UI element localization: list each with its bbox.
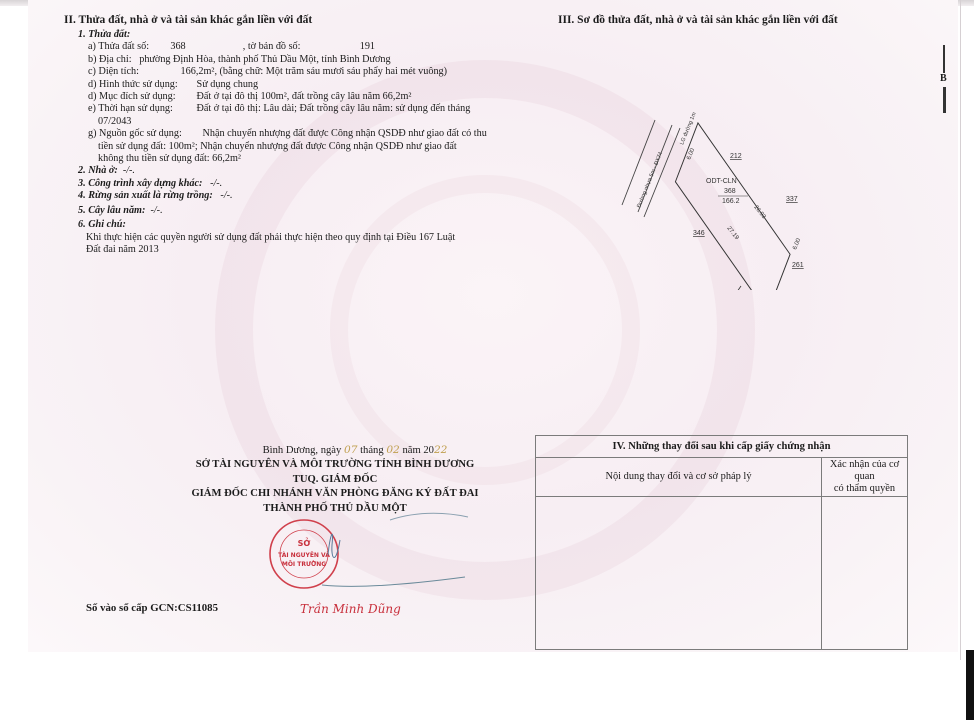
- use-form-label: d) Hình thức sử dụng:: [88, 79, 194, 91]
- scan-border-bar: [966, 650, 974, 720]
- handwritten-signature: [320, 505, 470, 595]
- parcel-number: 368: [152, 41, 186, 53]
- area-label: c) Diện tích:: [88, 66, 178, 78]
- term-value: Đất ở tại đô thị: Lâu dài; Đất trồng cây…: [197, 103, 471, 114]
- section-3-title: III. Sơ đồ thửa đất, nhà ở và tài sản kh…: [558, 14, 838, 26]
- page-edge: [960, 0, 961, 660]
- svg-text:Đường nhựa 5m - ĐX74: Đường nhựa 5m - ĐX74: [636, 151, 664, 209]
- svg-text:346: 346: [693, 230, 705, 237]
- svg-text:ODT-CLN: ODT-CLN: [706, 178, 737, 185]
- north-arrow-shaft: [943, 45, 945, 73]
- svg-text:337: 337: [786, 196, 798, 203]
- svg-text:261: 261: [792, 262, 804, 269]
- north-arrow: B: [938, 45, 950, 115]
- note-line-2: Đất đai năm 2013: [86, 244, 484, 256]
- parcel-diagram: Đường nhựa 5m - ĐX74 LG đường 1m 6.00 26…: [600, 90, 840, 290]
- signer-name: Trần Minh Dũng: [300, 602, 401, 616]
- area-value: 166,2m², (bằng chữ: Một trăm sáu mươi sá…: [181, 66, 448, 77]
- svg-text:6.00: 6.00: [792, 237, 802, 251]
- issue-year: 22: [434, 444, 447, 456]
- registry-number: Số vào sổ cấp GCN:CS11085: [86, 602, 218, 614]
- subsection-other-works: 3. Công trình xây dựng khác: -/-.: [78, 178, 484, 190]
- section-2-title: II. Thửa đất, nhà ở và tài sản khác gắn …: [64, 14, 312, 26]
- origin-value-cont2: không thu tiền sử dụng đất: 66,2m²: [98, 153, 484, 165]
- svg-text:LG đường 1m: LG đường 1m: [679, 111, 698, 146]
- subsection-land: 1. Thửa đất:: [78, 29, 484, 41]
- north-label: B: [940, 73, 947, 84]
- svg-text:212: 212: [730, 153, 742, 160]
- issue-month: 02: [386, 444, 399, 456]
- authority-confirmation-cell: [822, 497, 908, 650]
- origin-row: g) Nguồn gốc sử dụng: Nhận chuyển nhượng…: [88, 128, 484, 140]
- address-row: b) Địa chỉ: phường Định Hòa, thành phố T…: [88, 54, 484, 66]
- issue-day: 07: [344, 444, 357, 456]
- parcel-sketch: Đường nhựa 5m - ĐX74 LG đường 1m 6.00 26…: [600, 90, 840, 290]
- subsection-forest: 4. Rừng sản xuất là rừng trồng: -/-.: [78, 190, 484, 202]
- subsection-house: 2. Nhà ở: -/-.: [78, 165, 484, 177]
- issue-date: Bình Dương, ngày 07 tháng 02 năm 2022: [170, 443, 500, 458]
- col-authority-confirmation: Xác nhận của cơ quancó thẩm quyền: [822, 458, 908, 497]
- parcel-row: a) Thửa đất số: 368 , tờ bản đồ số: 191: [88, 41, 484, 53]
- use-form-row: d) Hình thức sử dụng: Sử dụng chung: [88, 79, 484, 91]
- north-arrow-tail: [943, 87, 946, 113]
- svg-text:27.19: 27.19: [725, 226, 739, 242]
- land-info: 1. Thửa đất: a) Thửa đất số: 368 , tờ bả…: [64, 29, 484, 256]
- purpose-label: d) Mục đích sử dụng:: [88, 91, 194, 103]
- term-label: e) Thời hạn sử dụng:: [88, 103, 194, 115]
- svg-text:166.2: 166.2: [722, 198, 740, 205]
- map-sheet-label: , tờ bản đồ số:: [243, 41, 301, 52]
- issuing-agency: SỞ TÀI NGUYÊN VÀ MÔI TRƯỜNG TỈNH BÌNH DƯ…: [196, 459, 475, 470]
- use-form-value: Sử dụng chung: [197, 79, 259, 90]
- section-4-title: IV. Những thay đổi sau khi cấp giấy chứn…: [536, 436, 908, 458]
- subsection-notes: 6. Ghi chú:: [78, 219, 484, 231]
- purpose-row: d) Mục đích sử dụng: Đất ở tại đô thị 10…: [88, 91, 484, 103]
- address-label: b) Địa chỉ:: [88, 54, 132, 65]
- parcel-label: a) Thửa đất số:: [88, 41, 149, 52]
- signer-role-1: TUQ. GIÁM ĐỐC: [293, 474, 377, 485]
- purpose-value: Đất ở tại đô thị 100m², đất trồng cây lâ…: [197, 91, 412, 102]
- origin-value-cont1: tiền sử dụng đất: 100m²; Nhận chuyển như…: [98, 141, 484, 153]
- term-value-cont: 07/2043: [98, 116, 484, 128]
- note-line-1: Khi thực hiện các quyền người sử dụng đấ…: [86, 232, 484, 244]
- signer-role-2: GIÁM ĐỐC CHI NHÁNH VĂN PHÒNG ĐĂNG KÝ ĐẤT…: [191, 488, 478, 499]
- term-row: e) Thời hạn sử dụng: Đất ở tại đô thị: L…: [88, 103, 484, 115]
- svg-text:368: 368: [724, 188, 736, 195]
- subsection-perennial: 5. Cây lâu năm: -/-.: [78, 205, 484, 217]
- change-content-cell: [536, 497, 822, 650]
- origin-label: g) Nguồn gốc sử dụng:: [88, 128, 200, 140]
- origin-value: Nhận chuyển nhượng đất được Công nhận QS…: [203, 128, 487, 139]
- address-value: phường Định Hòa, thành phố Thủ Dầu Một, …: [139, 54, 390, 65]
- col-change-content: Nội dung thay đổi và cơ sở pháp lý: [536, 458, 822, 497]
- area-row: c) Diện tích: 166,2m², (bằng chữ: Một tr…: [88, 66, 484, 78]
- svg-text:SỞ: SỞ: [298, 536, 311, 548]
- map-sheet-number: 191: [303, 41, 375, 53]
- changes-table: IV. Những thay đổi sau khi cấp giấy chứn…: [535, 435, 908, 650]
